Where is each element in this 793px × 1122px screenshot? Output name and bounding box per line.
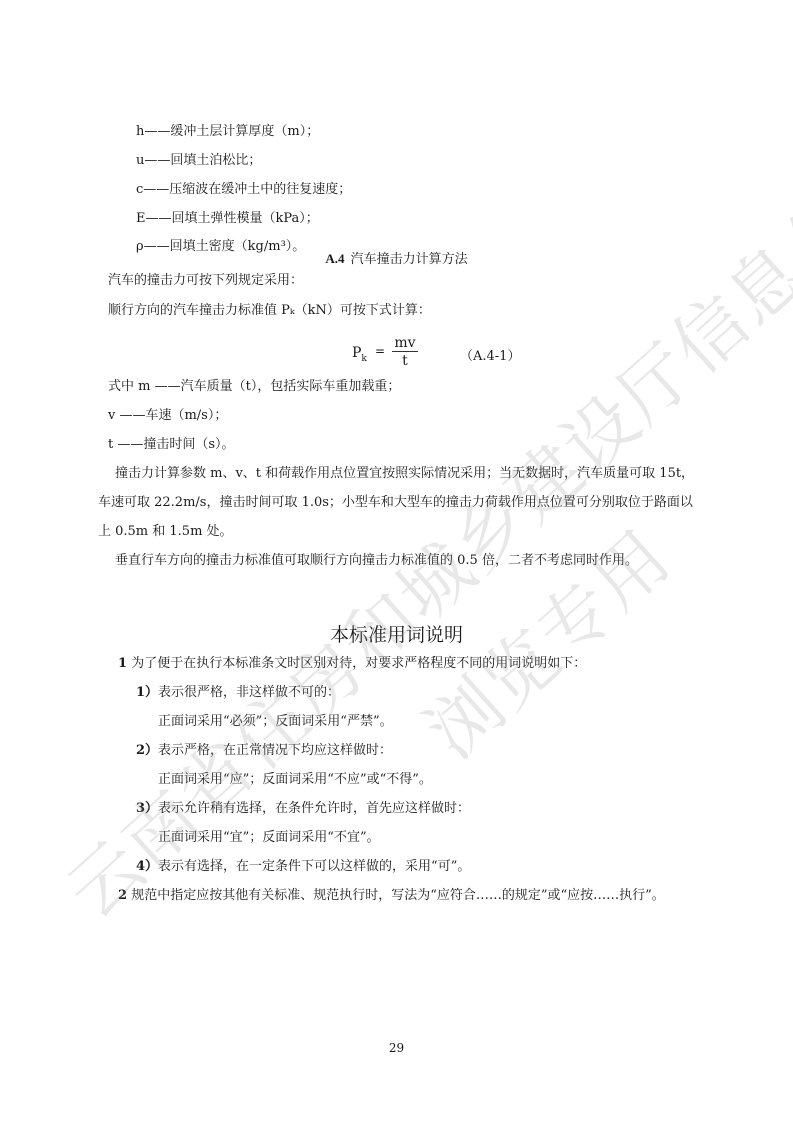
item-text: 为了便于在执行本标准条文时区别对待，对要求严格程度不同的用词说明如下： xyxy=(131,656,586,671)
wording-title: 本标准用词说明 xyxy=(0,620,793,647)
symbol-desc: ——回填土弹性模量（kPa）； xyxy=(146,211,319,226)
item-number: 1 xyxy=(118,656,127,671)
where-t: t ——撞击时间（s）。 xyxy=(108,436,235,454)
paragraph-2: 垂直行车方向的撞击力标准值可取顺行方向撞击力标准值的 0.5 倍，二者不考虑同时… xyxy=(115,552,638,570)
section-heading-a4: A.4汽车撞击力计算方法 xyxy=(0,248,793,267)
section-number: A.4 xyxy=(325,251,344,266)
symbol-def-E: E——回填土弹性模量（kPa）； xyxy=(136,210,319,228)
symbol-desc: ——压缩波在缓冲土中的往复速度； xyxy=(143,182,351,197)
wording-subitem-3: 3）表示允许稍有选择，在条件允许时，首先应这样做时： xyxy=(136,800,470,818)
symbol-def-c: c——压缩波在缓冲土中的往复速度； xyxy=(136,181,351,199)
wording-item-2: 2 规范中指定应按其他有关标准、规范执行时，写法为“应符合……的规定”或“应按…… xyxy=(118,887,665,905)
subitem-number: 4） xyxy=(136,859,158,874)
intro-line: 汽车的撞击力可按下列规定采用： xyxy=(108,272,303,290)
paragraph-1-line-1: 撞击力计算参数 m、v、t 和荷载作用点位置宜按照实际情况采用；当无数据时，汽车… xyxy=(115,465,694,483)
formula-subscript: k xyxy=(361,354,366,364)
symbol-def-u: u——回填土泊松比； xyxy=(136,152,261,170)
wording-item-1: 1 为了便于在执行本标准条文时区别对待，对要求严格程度不同的用词说明如下： xyxy=(118,655,586,673)
subitem-text: 表示允许稍有选择，在条件允许时，首先应这样做时： xyxy=(158,801,470,816)
formula-numerator: mv xyxy=(392,335,418,352)
formula-symbol: P xyxy=(352,345,361,361)
symbol: E xyxy=(136,211,146,226)
formula-equals: = xyxy=(375,344,385,358)
where-m: 式中 m ——汽车质量（t），包括实际车重加载重； xyxy=(108,378,400,396)
subitem-number: 2） xyxy=(136,743,158,758)
wording-subitem-2: 2）表示严格，在正常情况下均应这样做时： xyxy=(136,742,392,760)
symbol-desc: ——缓冲土层计算厚度（m）； xyxy=(144,124,319,139)
subitem-number: 1） xyxy=(136,685,158,700)
item-number: 2 xyxy=(118,888,127,903)
page-number: 29 xyxy=(0,1041,793,1055)
subitem-text: 表示严格，在正常情况下均应这样做时： xyxy=(158,743,392,758)
where-v: v ——车速（m/s）； xyxy=(108,407,227,425)
subitem-number: 3） xyxy=(136,801,158,816)
intro-line-2: 顺行方向的汽车撞击力标准值 Pₖ（kN）可按下式计算： xyxy=(108,302,431,320)
item-text: 规范中指定应按其他有关标准、规范执行时，写法为“应符合……的规定”或“应按……执… xyxy=(131,888,665,903)
formula-number: （A.4-1） xyxy=(460,345,520,364)
wording-subitem-1-detail: 正面词采用“必须”；反面词采用“严禁”。 xyxy=(158,713,393,731)
wording-subitem-1: 1）表示很严格，非这样做不可的： xyxy=(136,684,340,702)
wording-subitem-2-detail: 正面词采用“应”；反面词采用“不应”或“不得”。 xyxy=(158,771,432,789)
document-page: h——缓冲土层计算厚度（m）； u——回填土泊松比； c——压缩波在缓冲土中的往… xyxy=(0,0,793,1122)
symbol-def-h: h——缓冲土层计算厚度（m）； xyxy=(136,123,319,141)
wording-subitem-4: 4）表示有选择，在一定条件下可以这样做的，采用“可”。 xyxy=(136,858,470,876)
paragraph-1-line-2: 车速可取 22.2m/s，撞击时间可取 1.0s；小型车和大型车的撞击力荷载作用… xyxy=(98,494,693,512)
wording-subitem-3-detail: 正面词采用“宜”；反面词采用“不宜”。 xyxy=(158,829,380,847)
subitem-text: 表示很严格，非这样做不可的： xyxy=(158,685,340,700)
paragraph-1-line-3: 上 0.5m 和 1.5m 处。 xyxy=(98,523,233,541)
symbol-desc: ——回填土泊松比； xyxy=(144,153,261,168)
formula-lhs: Pk xyxy=(352,345,367,364)
formula-denominator: t xyxy=(392,352,418,370)
formula-fraction: mv t xyxy=(392,335,418,370)
subitem-text: 表示有选择，在一定条件下可以这样做的，采用“可”。 xyxy=(158,859,470,874)
section-title: 汽车撞击力计算方法 xyxy=(351,252,468,267)
